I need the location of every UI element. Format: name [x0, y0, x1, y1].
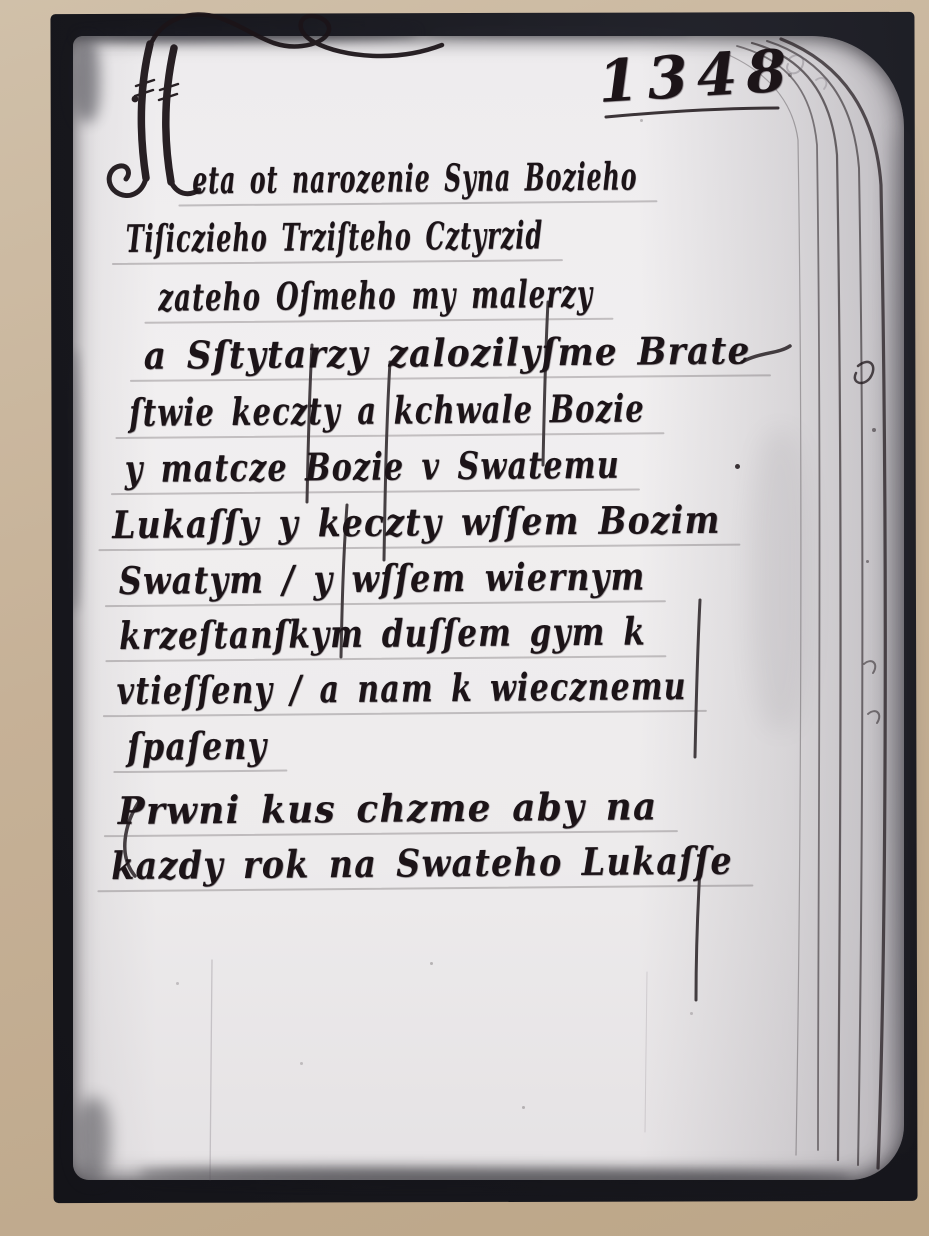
- manuscript-line-5: ſtwie keczty a kchwale Bozie: [129, 385, 645, 434]
- manuscript-line-8: Swatym / y wſſem wiernym: [119, 553, 646, 603]
- ink-speck: [866, 560, 869, 563]
- ink-speck: [788, 73, 792, 77]
- manuscript-line-7: Lukaſſy y keczty wſſem Bozim: [112, 497, 721, 547]
- manuscript-line-11: ſpaſeny: [127, 723, 268, 769]
- ink-speck: [522, 1106, 525, 1109]
- manuscript-line-3: zateho Oſmeho my malerzy: [158, 271, 593, 320]
- manuscript-photograph: 1348 eta ot narozenie Syna BoziehoTiſicz…: [0, 0, 929, 1236]
- text-block: eta ot narozenie Syna BoziehoTiſiczieho …: [0, 0, 929, 1236]
- ruling-line: [113, 770, 287, 774]
- ink-speck: [735, 464, 740, 469]
- manuscript-line-10: vtieſſeny / a nam k wiecznemu: [116, 663, 686, 713]
- ink-speck: [872, 428, 876, 432]
- ink-speck: [430, 962, 433, 965]
- ink-speck: [300, 1062, 303, 1065]
- manuscript-line-4: a Sſtytarzy zalozilyſme Brate: [144, 327, 751, 377]
- manuscript-line-13: kazdy rok na Swateho Lukaſſe: [111, 838, 733, 888]
- manuscript-line-9: krzeſtanſkym duſſem gym k: [119, 608, 646, 658]
- ink-speck: [176, 982, 179, 985]
- manuscript-line-12: Prwni kus chzme aby na: [118, 783, 658, 833]
- manuscript-line-6: y matcze Bozie v Swatemu: [125, 442, 620, 491]
- manuscript-line-1: eta ot narozenie Syna Bozieho: [192, 153, 638, 202]
- ink-speck: [640, 119, 643, 122]
- ink-speck: [690, 1012, 693, 1015]
- manuscript-line-2: Tiſiczieho Trziſteho Cztyrzid: [126, 212, 544, 261]
